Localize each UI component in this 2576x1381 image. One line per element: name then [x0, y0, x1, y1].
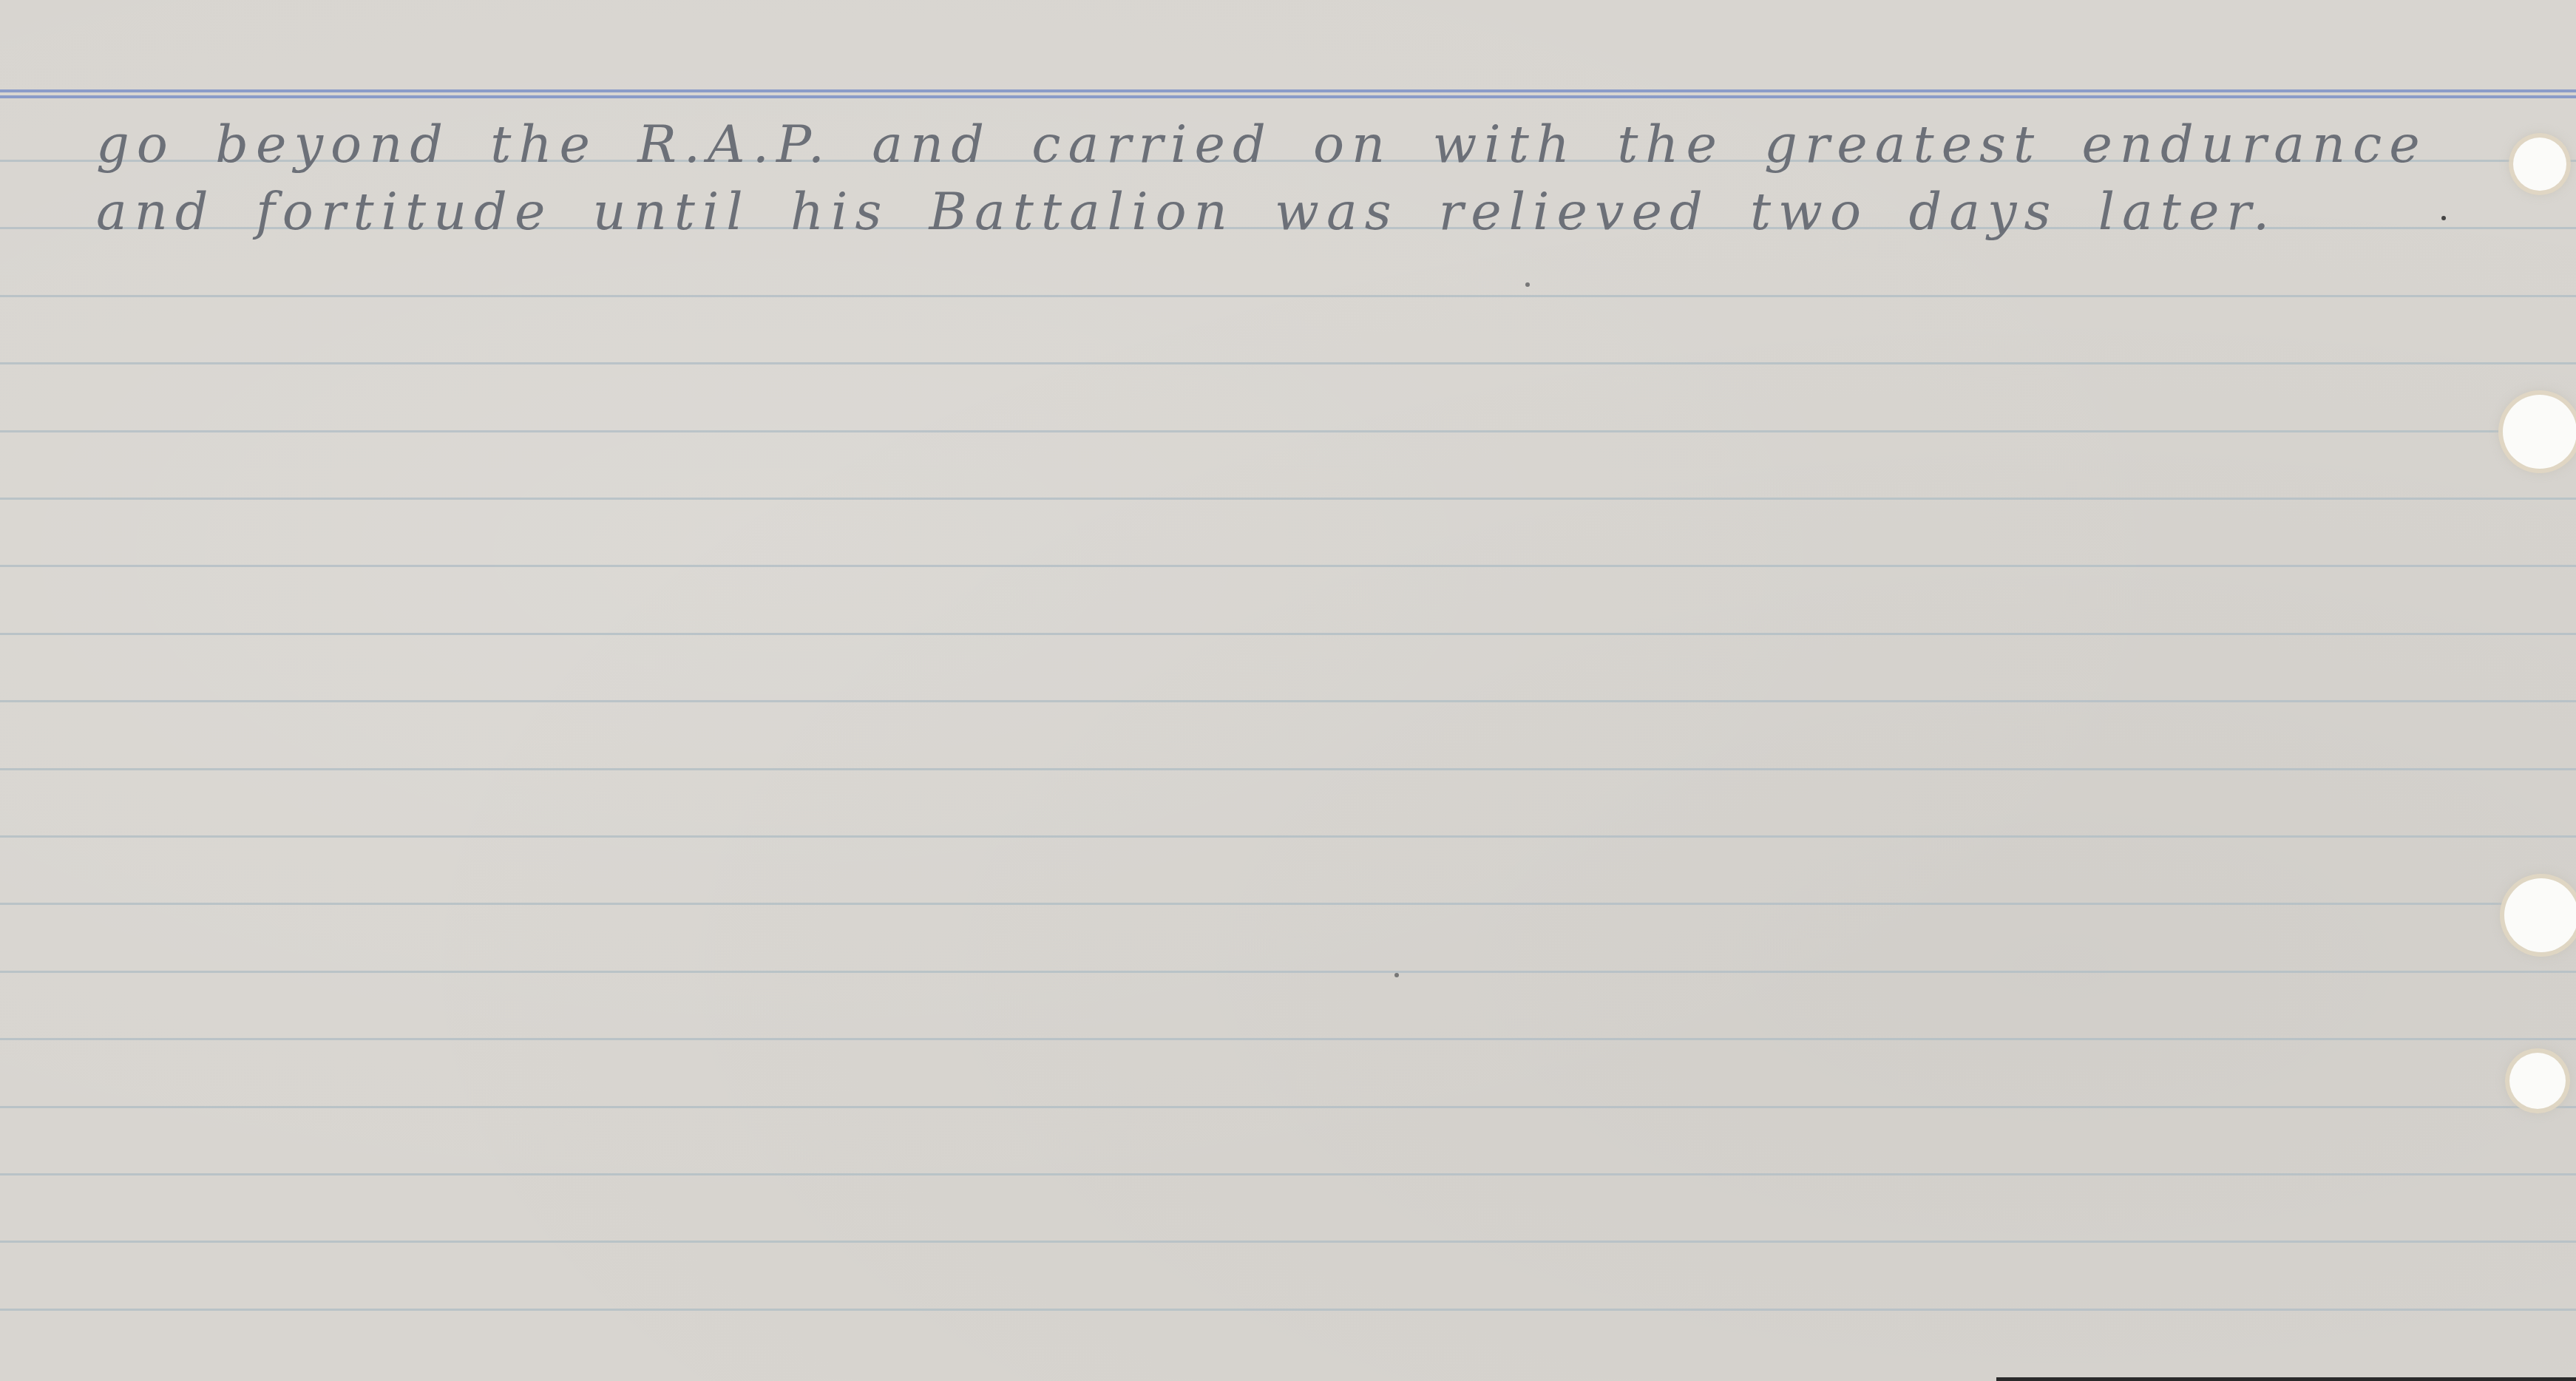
punch-hole [2504, 878, 2576, 952]
ruled-line [0, 768, 2576, 770]
header-rule-bottom [0, 95, 2576, 98]
ruled-line [0, 835, 2576, 838]
ruled-line [0, 1106, 2576, 1108]
ruled-line [0, 633, 2576, 635]
ruled-line [0, 1241, 2576, 1243]
handwritten-text: go beyond the R.A.P. and carried on with… [96, 111, 2388, 245]
ruled-line [0, 295, 2576, 297]
ruled-line [0, 565, 2576, 567]
punch-hole [2503, 395, 2576, 469]
handwritten-line-1: go beyond the R.A.P. and carried on with… [96, 111, 2388, 178]
ruled-line [0, 971, 2576, 973]
handwritten-line-2: and fortitude until his Battalion was re… [96, 178, 2388, 245]
ruled-line [0, 700, 2576, 702]
ruled-line [0, 362, 2576, 364]
ruled-line [0, 903, 2576, 905]
ink-speck [1525, 282, 1530, 287]
ruled-line [0, 1038, 2576, 1040]
page-bottom-edge [1996, 1377, 2576, 1381]
ruled-line [0, 1173, 2576, 1175]
ruled-line [0, 498, 2576, 500]
ink-speck [1394, 973, 1399, 977]
ink-speck [2441, 216, 2446, 220]
punch-hole [2513, 138, 2566, 191]
ruled-line [0, 1309, 2576, 1311]
notebook-page: go beyond the R.A.P. and carried on with… [0, 0, 2576, 1381]
punch-hole [2509, 1053, 2566, 1109]
ruled-line [0, 430, 2576, 432]
header-rule-top [0, 89, 2576, 92]
